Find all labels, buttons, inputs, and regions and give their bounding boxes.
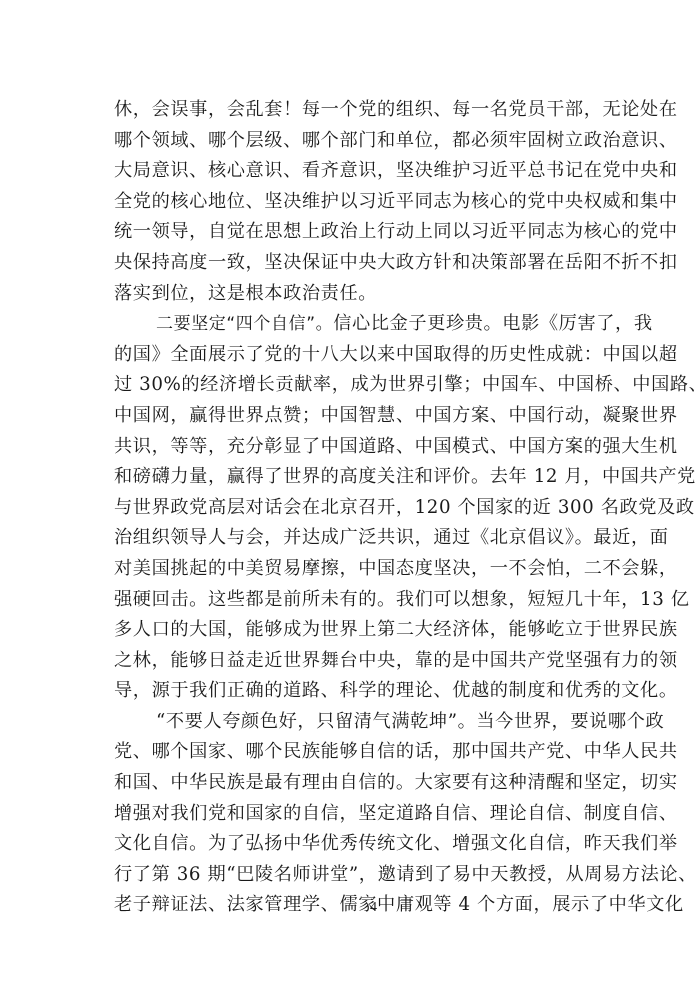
text-line: 的国》全面展示了党的十八大以来中国取得的历史性成就：中国以超: [114, 340, 628, 371]
text-line: 全党的核心地位、坚决维护以习近平同志为核心的党中央权威和集中: [114, 187, 628, 218]
text-line: 哪个领域、哪个层级、哪个部门和单位，都必须牢固树立政治意识、: [114, 126, 628, 157]
text-line: 和国、中华民族是最有理由自信的。大家要有这种清醒和坚定，切实: [114, 768, 628, 799]
document-page: 休，会误事，会乱套！每一个党的组织、每一名党员干部，无论处在 哪个领域、哪个层级…: [0, 0, 695, 982]
text-line: 央保持高度一致，坚决保证中央大政方针和决策部署在岳阳不折不扣: [114, 248, 628, 279]
text-line: 与世界政党高层对话会在北京召开，120 个国家的近 300 名政党及政: [114, 493, 628, 524]
paragraph-first-line: “不要人夸颜色好，只留清气满乾坤”。当今世界，要说哪个政: [114, 707, 628, 738]
text-line: 多人口的大国，能够成为世界上第二大经济体，能够屹立于世界民族: [114, 615, 628, 646]
text-line: 之林，能够日益走近世界舞台中央，靠的是中国共产党坚强有力的领: [114, 646, 628, 677]
text-line: 文化自信。为了弘扬中华优秀传统文化、增强文化自信，昨天我们举: [114, 829, 628, 860]
text-line: 统一领导，自觉在思想上政治上行动上同以习近平同志为核心的党中: [114, 217, 628, 248]
text-run: 信心比金子更珍贵。电影《厉害了，我: [333, 313, 652, 334]
text-line: 和磅礴力量，赢得了世界的高度关注和评价。去年 12 月，中国共产党: [114, 462, 628, 493]
text-line: 治组织领导人与会，并达成广泛共识，通过《北京倡议》。最近，面: [114, 523, 628, 554]
paragraph-first-line: 二要坚定“四个自信”。信心比金子更珍贵。电影《厉害了，我: [114, 309, 628, 340]
text-line: 行了第 36 期“巴陵名师讲堂”，邀请到了易中天教授，从周易方法论、: [114, 860, 628, 891]
document-body: 休，会误事，会乱套！每一个党的组织、每一名党员干部，无论处在 哪个领域、哪个层级…: [114, 95, 628, 921]
text-line: 强硬回击。这些都是前所未有的。我们可以想象，短短几十年，13 亿: [114, 585, 628, 616]
text-line: 导，源于我们正确的道路、科学的理论、优越的制度和优秀的文化。: [114, 676, 628, 707]
text-line: 增强对我们党和国家的自信，坚定道路自信、理论自信、制度自信、: [114, 799, 628, 830]
text-line: 大局意识、核心意识、看齐意识，坚决维护习近平总书记在党中央和: [114, 156, 628, 187]
text-line: 过 30%的经济增长贡献率，成为世界引擎；中国车、中国桥、中国路、: [114, 370, 628, 401]
page-number: 4: [0, 900, 695, 916]
text-line: 党、哪个国家、哪个民族能够自信的话，那中国共产党、中华人民共: [114, 737, 628, 768]
text-line: 休，会误事，会乱套！每一个党的组织、每一名党员干部，无论处在: [114, 95, 628, 126]
text-line: 对美国挑起的中美贸易摩擦，中国态度坚决，一不会怕，二不会躲，: [114, 554, 628, 585]
section-heading: 二要坚定“四个自信”。: [156, 314, 333, 334]
text-line: 落实到位，这是根本政治责任。: [114, 279, 628, 310]
text-line: 中国网，赢得世界点赞；中国智慧、中国方案、中国行动，凝聚世界: [114, 401, 628, 432]
text-line: 共识，等等，充分彰显了中国道路、中国模式、中国方案的强大生机: [114, 432, 628, 463]
